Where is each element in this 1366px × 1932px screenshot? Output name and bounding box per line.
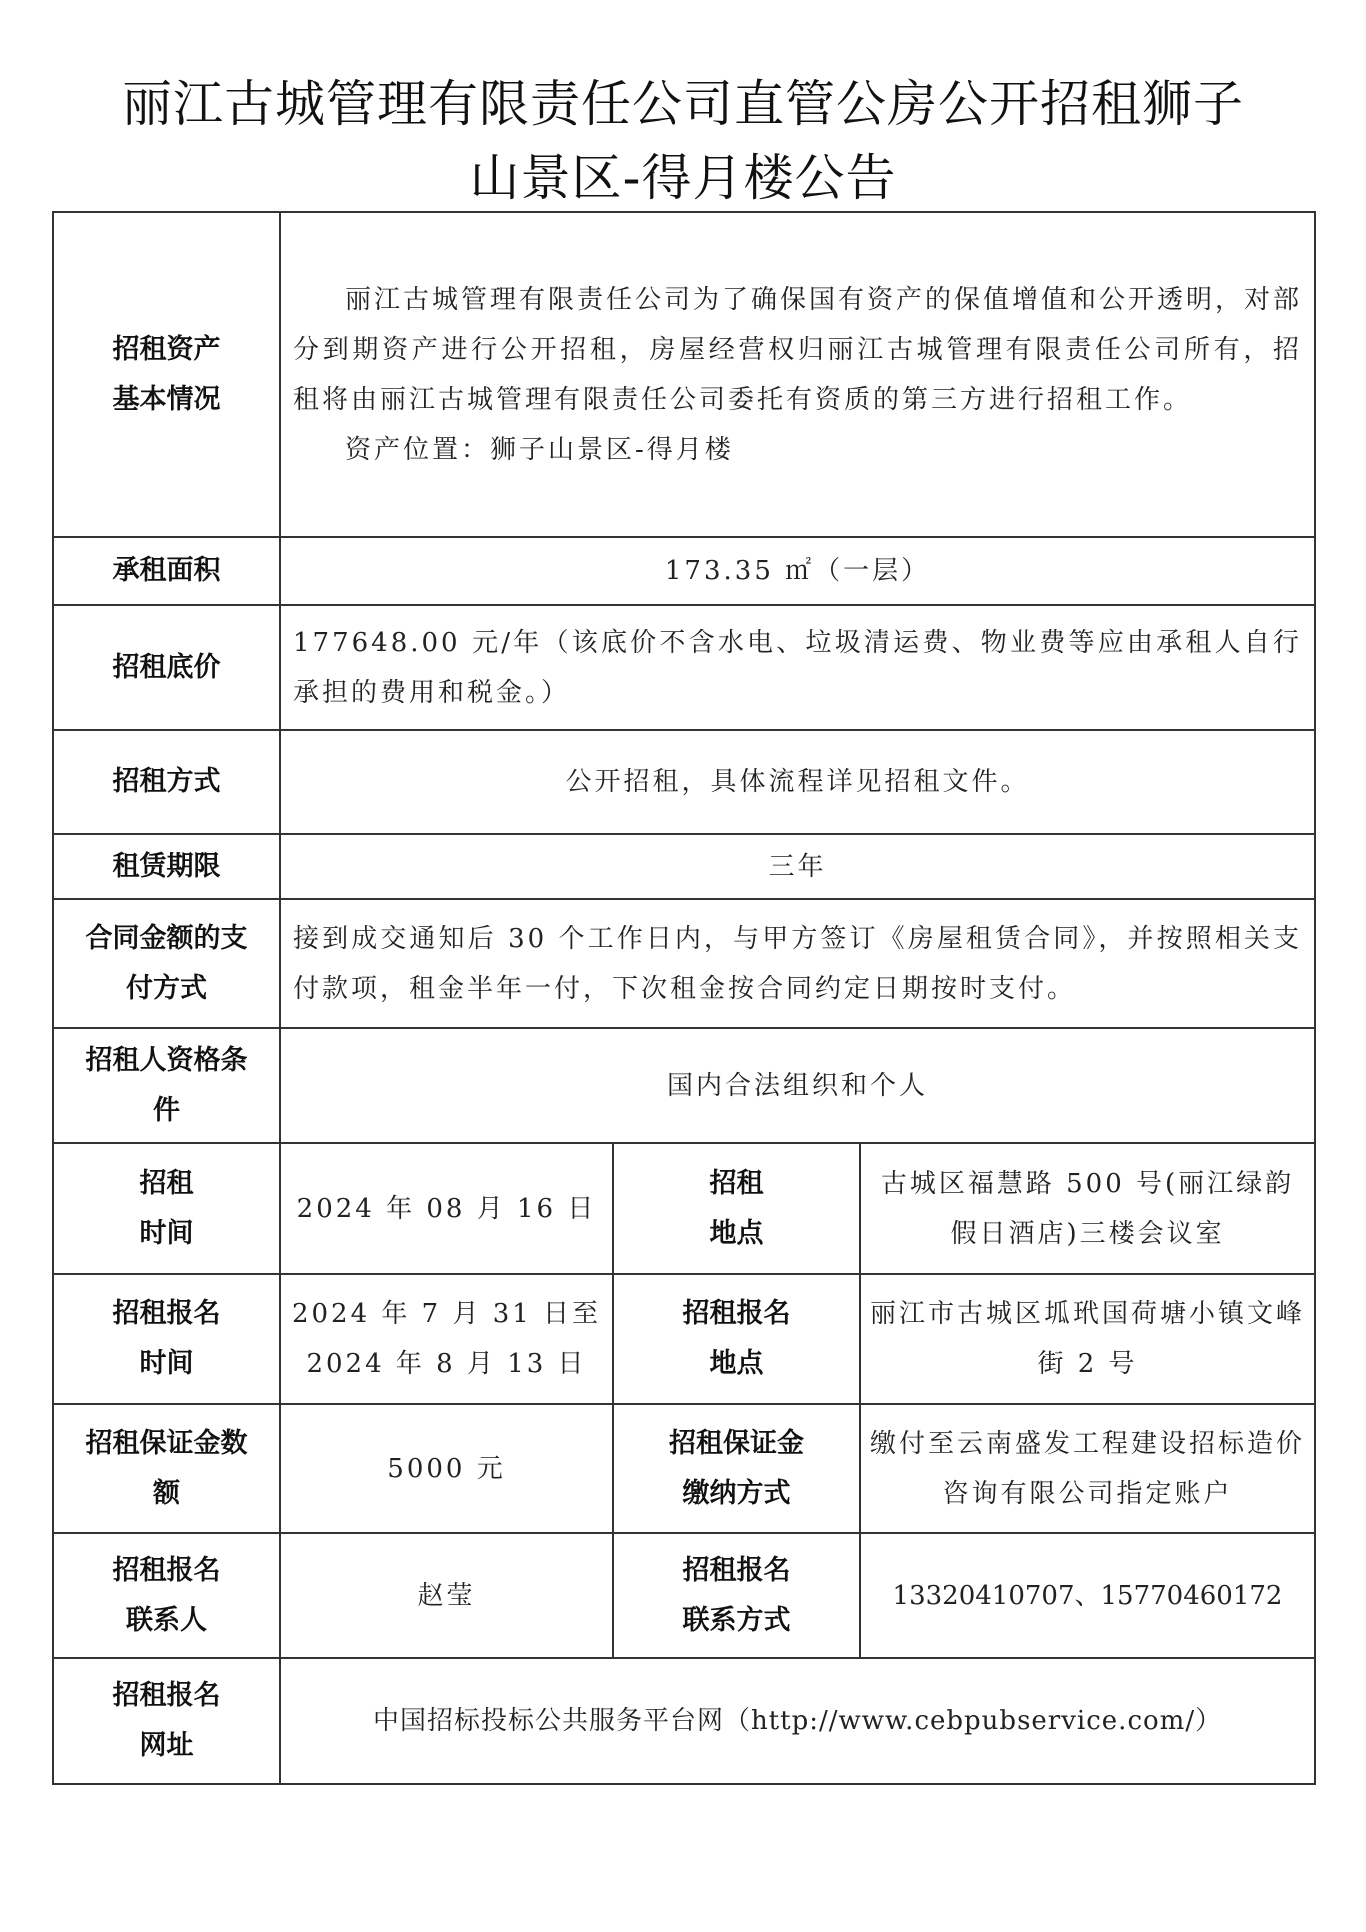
table-row-deposit: 招租保证金数额 5000 元 招租保证金缴纳方式 缴付至云南盛发工程建设招标造价… [53,1404,1315,1533]
label-base-price: 招租底价 [53,605,280,730]
value-tender-time: 2024 年 08 月 16 日 [280,1143,613,1274]
label-contact-phone: 招租报名联系方式 [613,1533,860,1658]
table-row-term: 租赁期限 三年 [53,834,1315,899]
table-row-base-price: 招租底价 177648.00 元/年（该底价不含水电、垃圾清运费、物业费等应由承… [53,605,1315,730]
value-contact-phone: 13320410707、15770460172 [860,1533,1315,1658]
label-payment: 合同金额的支付方式 [53,899,280,1028]
label-deposit-amount: 招租保证金数额 [53,1404,280,1533]
table-row-website: 招租报名网址 中国招标投标公共服务平台网（http://www.cebpubse… [53,1658,1315,1784]
value-tender-place: 古城区福慧路 500 号(丽江绿韵假日酒店)三楼会议室 [860,1143,1315,1274]
table-row-time-place: 招租时间 2024 年 08 月 16 日 招租地点 古城区福慧路 500 号(… [53,1143,1315,1274]
label-registration-time: 招租报名时间 [53,1274,280,1404]
value-deposit-amount: 5000 元 [280,1404,613,1533]
value-basic: 丽江古城管理有限责任公司为了确保国有资产的保值增值和公开透明，对部分到期资产进行… [280,212,1315,537]
basic-paragraph: 丽江古城管理有限责任公司为了确保国有资产的保值增值和公开透明，对部分到期资产进行… [293,275,1302,425]
table-row-registration: 招租报名时间 2024 年 7 月 31 日至2024 年 8 月 13 日 招… [53,1274,1315,1404]
label-tender-place: 招租地点 [613,1143,860,1274]
label-deposit-method: 招租保证金缴纳方式 [613,1404,860,1533]
document-title-line2: 山景区-得月楼公告 [0,146,1366,210]
value-area: 173.35 ㎡（一层） [280,537,1315,605]
table-row-area: 承租面积 173.35 ㎡（一层） [53,537,1315,605]
label-term: 租赁期限 [53,834,280,899]
table-row-qualification: 招租人资格条件 国内合法组织和个人 [53,1028,1315,1143]
value-qualification: 国内合法组织和个人 [280,1028,1315,1143]
asset-location: 资产位置：狮子山景区-得月楼 [293,425,1302,475]
value-method: 公开招租，具体流程详见招租文件。 [280,730,1315,834]
label-website: 招租报名网址 [53,1658,280,1784]
value-term: 三年 [280,834,1315,899]
table-row-payment: 合同金额的支付方式 接到成交通知后 30 个工作日内，与甲方签订《房屋租赁合同》… [53,899,1315,1028]
value-registration-time: 2024 年 7 月 31 日至2024 年 8 月 13 日 [280,1274,613,1404]
value-base-price: 177648.00 元/年（该底价不含水电、垃圾清运费、物业费等应由承租人自行承… [280,605,1315,730]
label-qualification: 招租人资格条件 [53,1028,280,1143]
label-registration-place: 招租报名地点 [613,1274,860,1404]
document-title-line1: 丽江古城管理有限责任公司直管公房公开招租狮子 [0,72,1366,136]
value-contact-person: 赵莹 [280,1533,613,1658]
value-website[interactable]: 中国招标投标公共服务平台网（http://www.cebpubservice.c… [280,1658,1315,1784]
value-payment: 接到成交通知后 30 个工作日内，与甲方签订《房屋租赁合同》，并按照相关支付款项… [280,899,1315,1028]
tender-info-table: 招租资产基本情况 丽江古城管理有限责任公司为了确保国有资产的保值增值和公开透明，… [52,211,1316,1785]
value-registration-place: 丽江市古城区坬玳国荷塘小镇文峰街 2 号 [860,1274,1315,1404]
table-row-method: 招租方式 公开招租，具体流程详见招租文件。 [53,730,1315,834]
label-contact-person: 招租报名联系人 [53,1533,280,1658]
table-row-basic: 招租资产基本情况 丽江古城管理有限责任公司为了确保国有资产的保值增值和公开透明，… [53,212,1315,537]
label-area: 承租面积 [53,537,280,605]
label-tender-time: 招租时间 [53,1143,280,1274]
table-row-contact: 招租报名联系人 赵莹 招租报名联系方式 13320410707、15770460… [53,1533,1315,1658]
label-method: 招租方式 [53,730,280,834]
label-basic: 招租资产基本情况 [53,212,280,537]
value-deposit-method: 缴付至云南盛发工程建设招标造价咨询有限公司指定账户 [860,1404,1315,1533]
